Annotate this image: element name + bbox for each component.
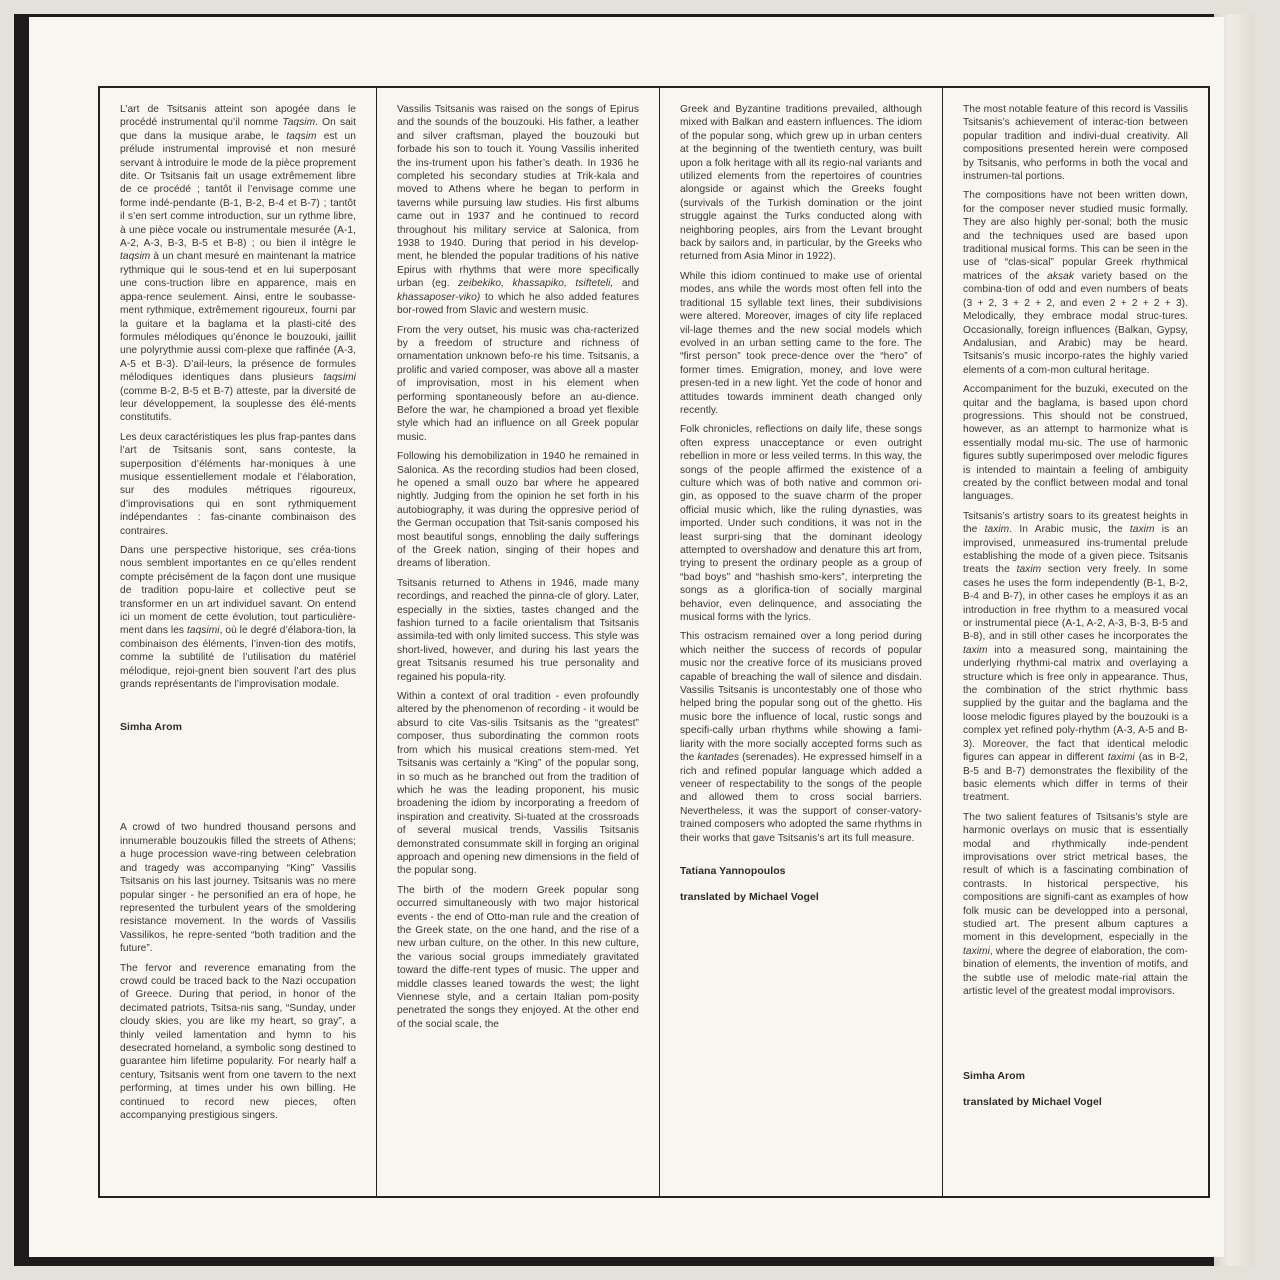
paragraph: Following his demobilization in 1940 he … xyxy=(397,450,639,571)
column-2: Vassilis Tsitsanis was raised on the son… xyxy=(377,88,660,1196)
translator-credit: translated by Michael Vogel xyxy=(680,887,922,907)
author-signature: Simha Arom xyxy=(963,1066,1188,1086)
paragraph: Dans une perspective historique, ses cré… xyxy=(120,544,356,691)
column-1: L’art de Tsitsanis atteint son apogée da… xyxy=(100,88,377,1196)
column-4: The most notable feature of this record … xyxy=(943,88,1208,1196)
article-english-intro: A crowd of two hundred thousand persons … xyxy=(120,821,356,1122)
author-signature: Simha Arom xyxy=(120,717,356,737)
paragraph: Vassilis Tsitsanis was raised on the son… xyxy=(397,103,639,318)
paragraph: Greek and Byzantine traditions prevailed… xyxy=(680,103,922,264)
paragraph: Accompaniment for the buzuki, executed o… xyxy=(963,383,1188,504)
paragraph: While this idiom continued to make use o… xyxy=(680,270,922,417)
paragraph: From the very outset, his music was cha-… xyxy=(397,324,639,445)
column-3: Greek and Byzantine traditions prevailed… xyxy=(660,88,943,1196)
paragraph: Within a context of oral tradition - eve… xyxy=(397,690,639,878)
paragraph: L’art de Tsitsanis atteint son apogée da… xyxy=(120,103,356,425)
paragraph: A crowd of two hundred thousand persons … xyxy=(120,821,356,955)
paragraph: Les deux caractéristiques les plus frap-… xyxy=(120,431,356,538)
paragraph: The most notable feature of this record … xyxy=(963,103,1188,183)
paragraph: The two salient features of Tsitsanis’s … xyxy=(963,811,1188,999)
author-signature: Tatiana Yannopoulos xyxy=(680,861,922,881)
paragraph: The birth of the modern Greek popular so… xyxy=(397,884,639,1031)
paragraph: The compositions have not been written d… xyxy=(963,189,1188,377)
paragraph: Tsitsanis returned to Athens in 1946, ma… xyxy=(397,577,639,684)
translator-credit: translated by Michael Vogel xyxy=(963,1092,1188,1112)
paragraph: This ostracism remained over a long peri… xyxy=(680,630,922,845)
article-french: L’art de Tsitsanis atteint son apogée da… xyxy=(120,103,356,737)
liner-notes-grid: L’art de Tsitsanis atteint son apogée da… xyxy=(98,86,1210,1198)
paragraph: Tsitsanis’s artistry soars to its greate… xyxy=(963,510,1188,805)
paragraph: Folk chronicles, reflections on daily li… xyxy=(680,423,922,624)
paragraph: The fervor and reverence emanating from … xyxy=(120,962,356,1123)
